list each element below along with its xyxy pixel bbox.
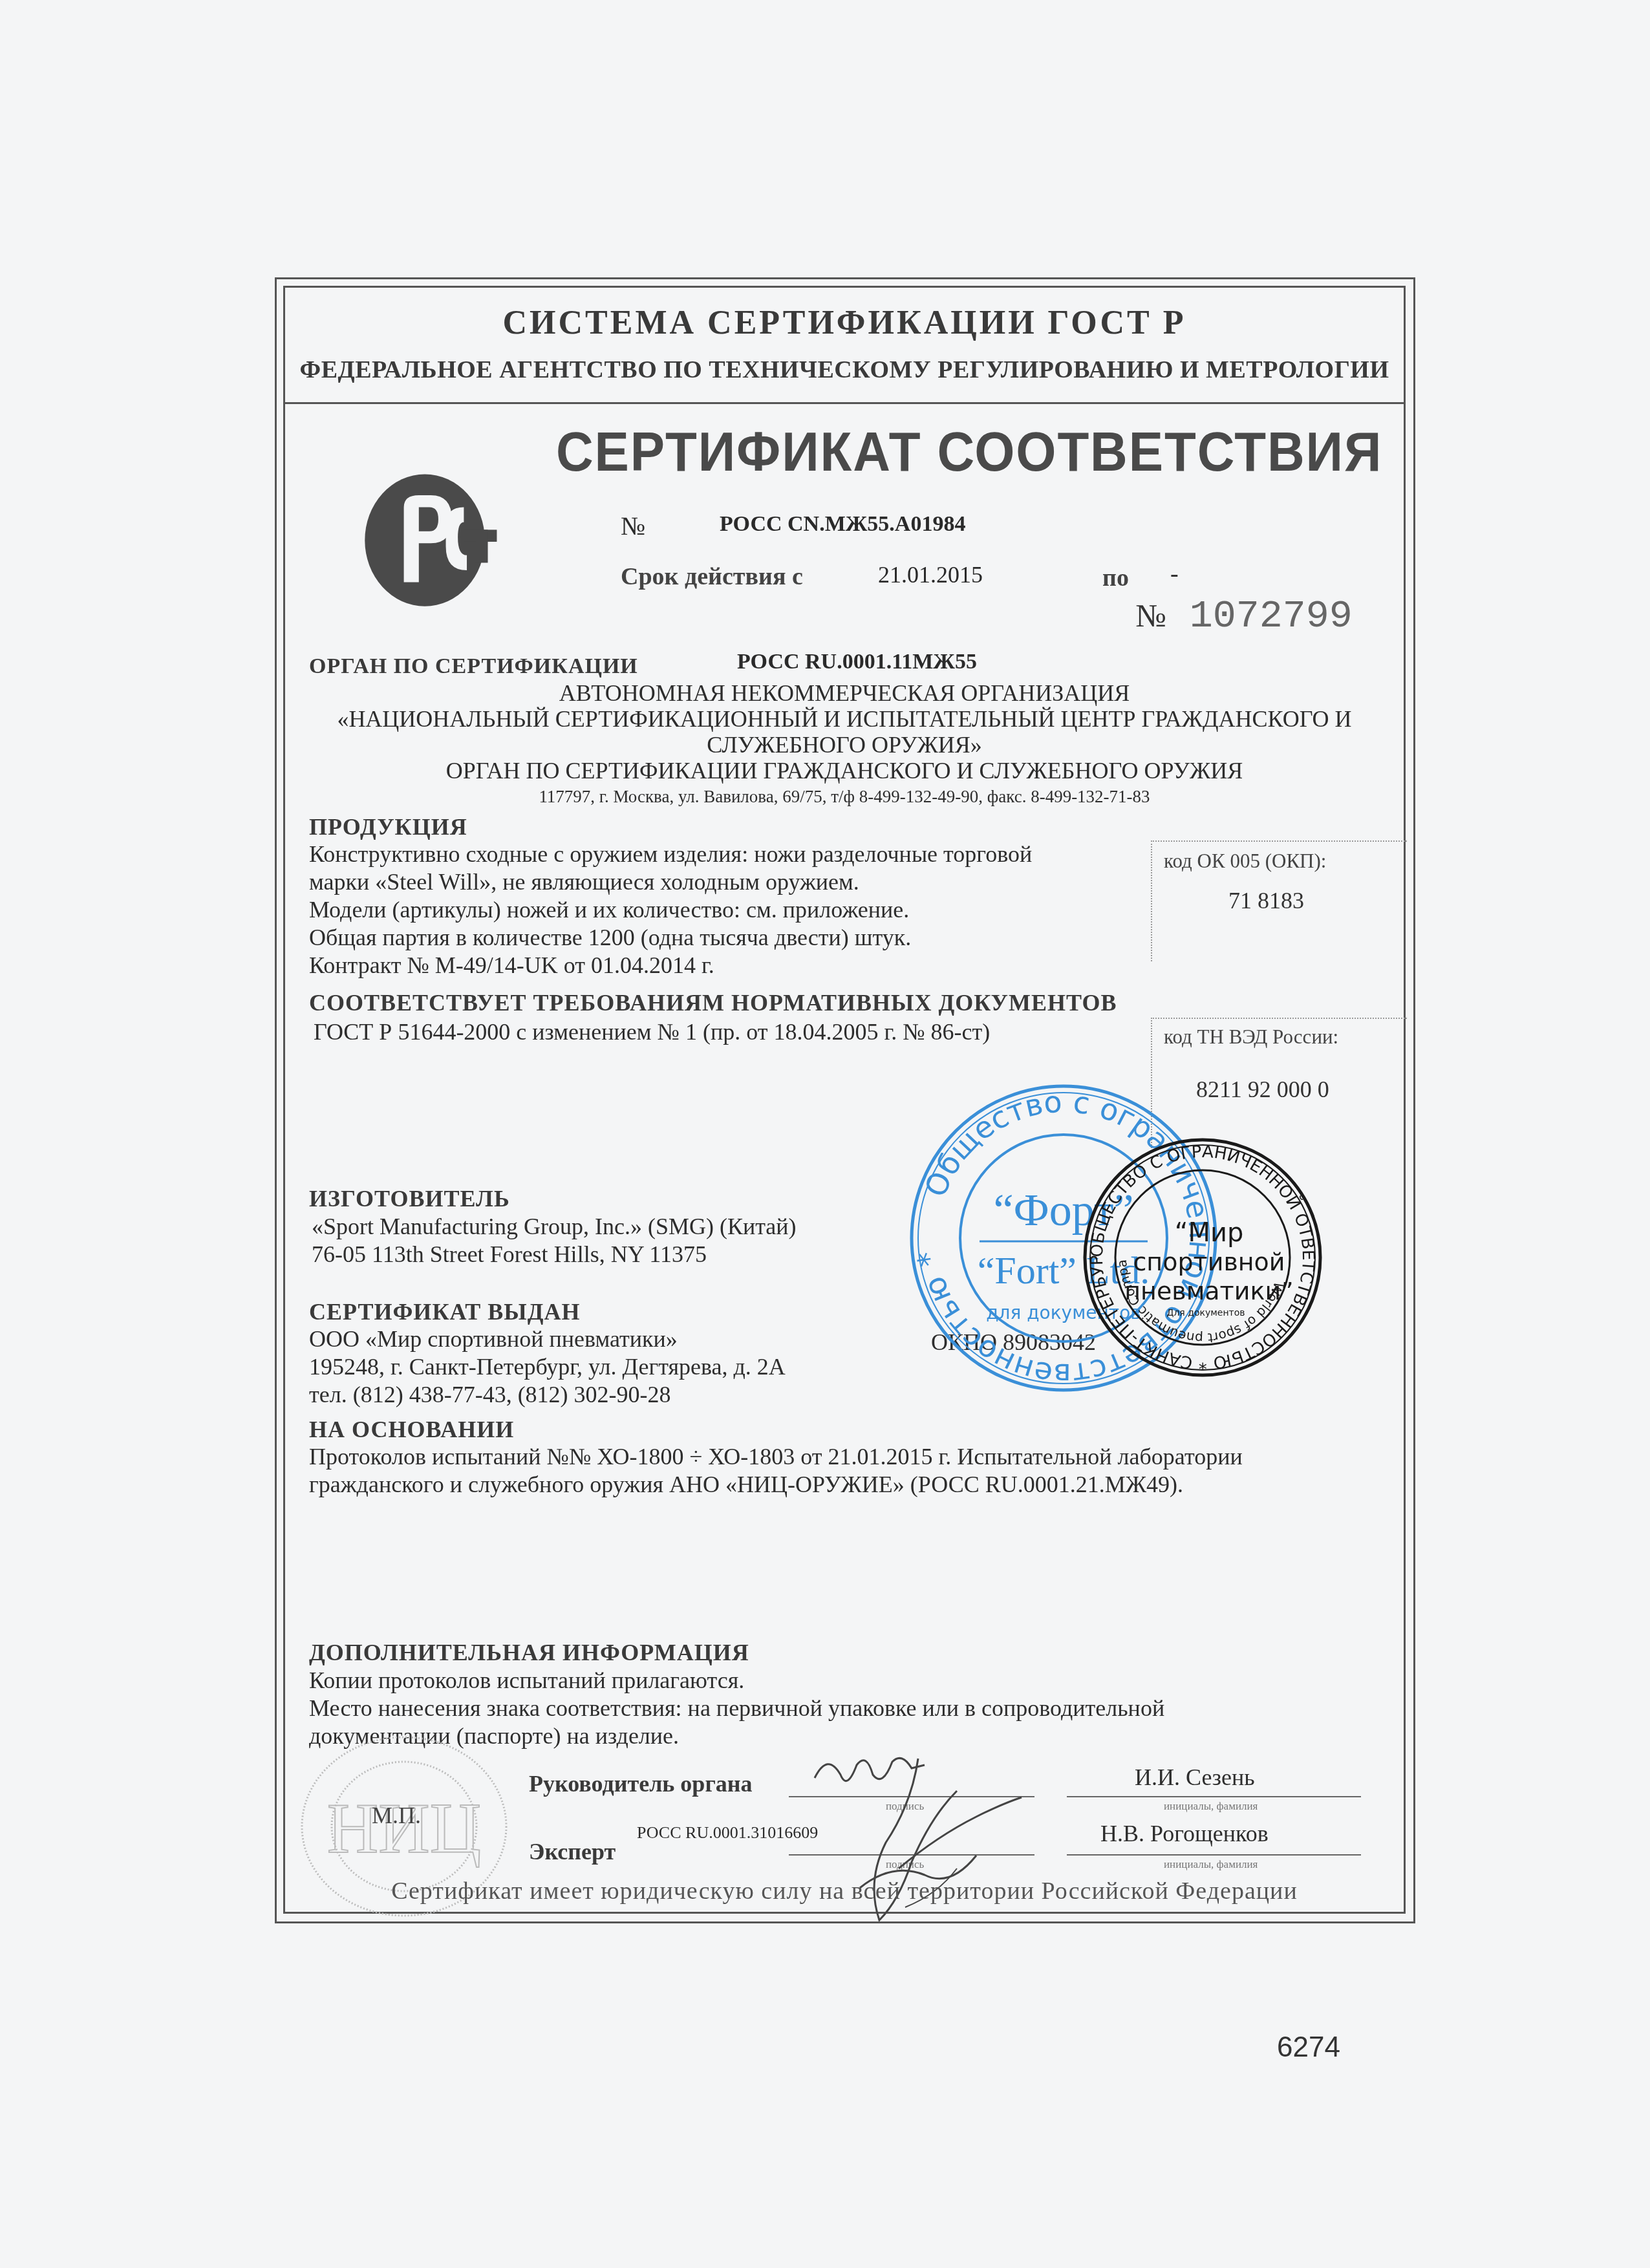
stamp-place-label: М.П. <box>372 1802 421 1829</box>
compliance-label: СООТВЕТСТВУЕТ ТРЕБОВАНИЯМ НОРМАТИВНЫХ ДО… <box>309 989 1117 1016</box>
certification-body-line: АВТОНОМНАЯ НЕКОММЕРЧЕСКАЯ ОРГАНИЗАЦИЯ <box>283 680 1406 706</box>
head-of-body-label: Руководитель органа <box>529 1770 752 1797</box>
svg-text:“Мир: “Мир <box>1175 1218 1244 1248</box>
certification-body-address: 117797, г. Москва, ул. Вавилова, 69/75, … <box>283 784 1406 809</box>
additional-info-line: Место нанесения знака соответствия: на п… <box>309 1695 1164 1722</box>
basis-line: Протоколов испытаний №№ ХО-1800 ÷ ХО-180… <box>309 1443 1243 1471</box>
svg-text:пневматики”: пневматики” <box>1124 1277 1294 1305</box>
svg-text:спортивной: спортивной <box>1133 1248 1285 1276</box>
basis-details: Протоколов испытаний №№ ХО-1800 ÷ ХО-180… <box>309 1443 1243 1499</box>
okp-code-box: код ОК 005 (ОКП): 71 8183 <box>1151 840 1407 961</box>
additional-info-line: Копии протоколов испытаний прилагаются. <box>309 1667 1164 1695</box>
certificate-number: РОСС CN.МЖ55.А01984 <box>720 512 965 537</box>
valid-to-date: - <box>1170 560 1179 588</box>
tnved-code-value: 8211 92 000 0 <box>1196 1076 1407 1103</box>
legal-validity-statement: Сертификат имеет юридическую силу на все… <box>283 1877 1406 1905</box>
product-line: Общая партия в количестве 1200 (одна тыс… <box>309 924 1032 952</box>
certification-body-line: «НАЦИОНАЛЬНЫЙ СЕРТИФИКАЦИОННЫЙ И ИСПЫТАТ… <box>283 706 1406 732</box>
product-description: Конструктивно сходные с оружием изделия:… <box>309 840 1032 979</box>
issued-to-line: тел. (812) 438-77-43, (812) 302-90-28 <box>309 1381 786 1409</box>
certification-body-details: АВТОНОМНАЯ НЕКОММЕРЧЕСКАЯ ОРГАНИЗАЦИЯ «Н… <box>283 680 1406 809</box>
certificate-title: СЕРТИФИКАТ СООТВЕТСТВИЯ <box>556 420 1382 484</box>
product-line: Конструктивно сходные с оружием изделия:… <box>309 840 1032 868</box>
blank-serial-number: № 1072799 <box>1135 595 1353 639</box>
issued-to-line: ООО «Мир спортивной пневматики» <box>309 1325 786 1353</box>
product-label: ПРОДУКЦИЯ <box>309 813 467 840</box>
manufacturer-line: 76-05 113th Street Forest Hills, NY 1137… <box>312 1241 797 1268</box>
head-name-caption: инициалы, фамилия <box>1164 1800 1258 1813</box>
serial-label: № <box>1135 597 1166 634</box>
manufacturer-details: «Sport Manufacturing Group, Inc.» (SMG) … <box>312 1213 797 1268</box>
expert-label: Эксперт <box>529 1838 616 1865</box>
serial-value: 1072799 <box>1190 595 1353 639</box>
compliance-standard: ГОСТ Р 51644-2000 с изменением № 1 (пр. … <box>314 1018 990 1046</box>
manufacturer-label: ИЗГОТОВИТЕЛЬ <box>309 1185 510 1212</box>
okp-code-value: 71 8183 <box>1228 887 1407 914</box>
page-number: 6274 <box>1277 2031 1340 2064</box>
rst-gost-mark-icon <box>359 462 509 612</box>
issued-to-details: ООО «Мир спортивной пневматики» 195248, … <box>309 1325 786 1409</box>
certification-body-line: ОРГАН ПО СЕРТИФИКАЦИИ ГРАЖДАНСКОГО И СЛУ… <box>283 758 1406 784</box>
expert-name-caption: инициалы, фамилия <box>1164 1858 1258 1871</box>
validity-label: Срок действия с <box>621 562 803 591</box>
agency-name: ФЕДЕРАЛЬНОЕ АГЕНТСТВО ПО ТЕХНИЧЕСКОМУ РЕ… <box>283 356 1406 384</box>
header-separator <box>283 402 1406 404</box>
certification-body-line: СЛУЖЕБНОГО ОРУЖИЯ» <box>283 732 1406 758</box>
valid-to-label: по <box>1102 564 1129 592</box>
basis-label: НА ОСНОВАНИИ <box>309 1416 514 1443</box>
tnved-code-label: код ТН ВЭД России: <box>1164 1025 1407 1049</box>
product-line: Контракт № M-49/14-UK от 01.04.2014 г. <box>309 952 1032 979</box>
okp-code-label: код ОК 005 (ОКП): <box>1164 850 1407 873</box>
head-of-body-name: И.И. Сезень <box>1135 1764 1255 1792</box>
product-line: Модели (артикулы) ножей и их количество:… <box>309 896 1032 924</box>
valid-from-date: 21.01.2015 <box>878 561 983 588</box>
basis-line: гражданского и служебного оружия АНО «НИ… <box>309 1471 1243 1499</box>
mir-company-stamp-icon: ОБЩЕСТВО С ОГРАНИЧЕННОЙ ОТВЕТСТВЕННОСТЬЮ… <box>1080 1135 1325 1380</box>
system-title: СИСТЕМА СЕРТИФИКАЦИИ ГОСТ Р <box>283 304 1406 342</box>
product-line: марки «Steel Will», не являющиеся холодн… <box>309 868 1032 896</box>
issued-to-line: 195248, г. Санкт-Петербург, ул. Дегтярев… <box>309 1353 786 1381</box>
certificate-number-label: № <box>621 511 645 541</box>
svg-text:Для документов: Для документов <box>1166 1308 1245 1318</box>
issued-to-label: СЕРТИФИКАТ ВЫДАН <box>309 1298 580 1325</box>
certification-body-label: ОРГАН ПО СЕРТИФИКАЦИИ <box>309 654 638 679</box>
certification-body-code: РОСС RU.0001.11МЖ55 <box>737 650 977 674</box>
manufacturer-line: «Sport Manufacturing Group, Inc.» (SMG) … <box>312 1213 797 1241</box>
additional-info-label: ДОПОЛНИТЕЛЬНАЯ ИНФОРМАЦИЯ <box>309 1639 749 1666</box>
